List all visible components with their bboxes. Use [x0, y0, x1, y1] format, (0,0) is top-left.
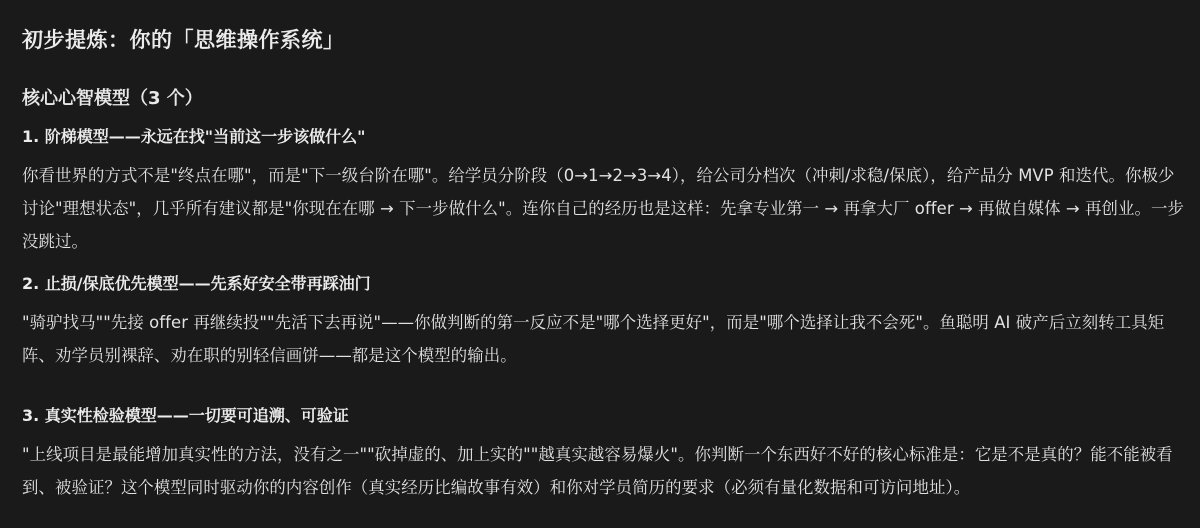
model-title: 1. 阶梯模型——永远在找"当前这一步该做什么" — [22, 125, 1187, 149]
model-item-stop-loss: 2. 止损/保底优先模型——先系好安全带再踩油门 "骑驴找马""先接 offer… — [22, 272, 1187, 372]
model-item-authenticity: 3. 真实性检验模型——一切要可追溯、可验证 "上线项目是最能增加真实性的方法，… — [22, 404, 1187, 504]
model-title: 2. 止损/保底优先模型——先系好安全带再踩油门 — [22, 272, 1187, 296]
model-body: "上线项目是最能增加真实性的方法，没有之一""砍掉虚的、加上实的""越真实越容易… — [22, 438, 1187, 504]
model-body: "骑驴找马""先接 offer 再继续投""先活下去再说"——你做判断的第一反应… — [22, 306, 1187, 372]
model-title: 3. 真实性检验模型——一切要可追溯、可验证 — [22, 404, 1187, 428]
section-heading-core-models: 核心心智模型（3 个） — [22, 84, 203, 110]
model-item-ladder: 1. 阶梯模型——永远在找"当前这一步该做什么" 你看世界的方式不是"终点在哪"… — [22, 125, 1187, 258]
model-body: 你看世界的方式不是"终点在哪"，而是"下一级台阶在哪"。给学员分阶段（0→1→2… — [22, 159, 1187, 258]
page-title: 初步提炼：你的「思维操作系统」 — [22, 24, 345, 54]
